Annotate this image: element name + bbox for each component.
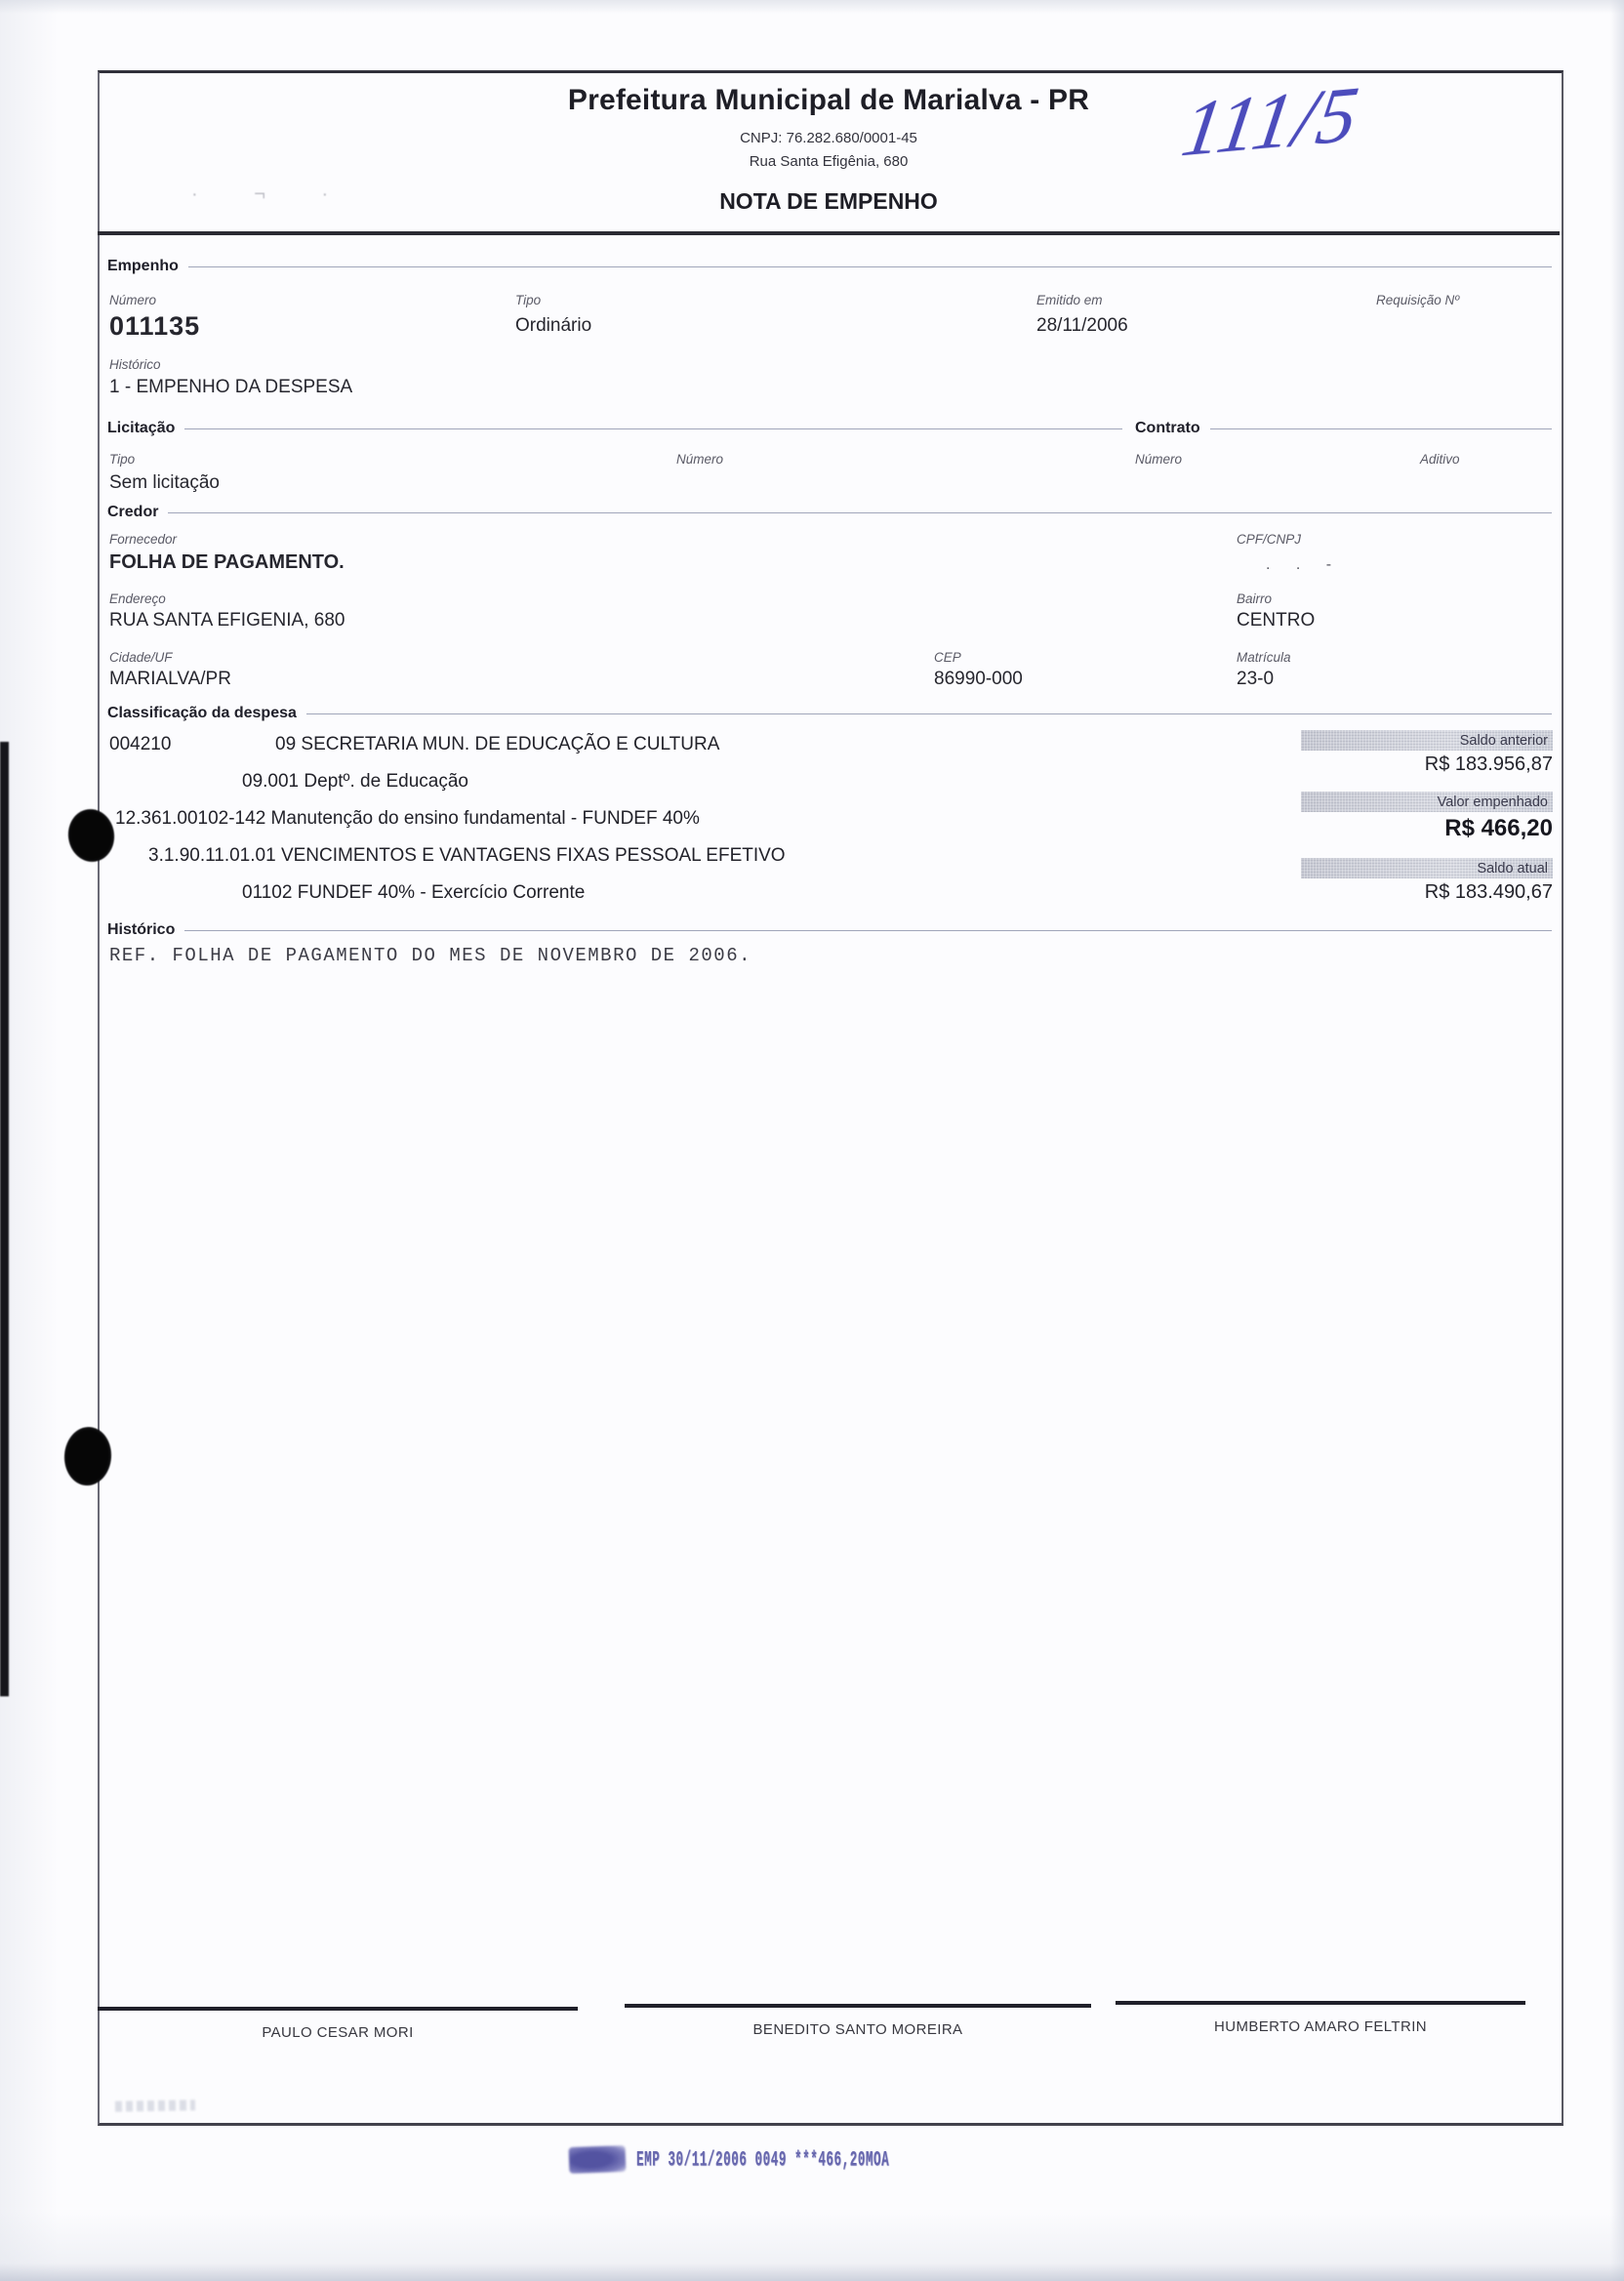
header-divider [98,231,1560,235]
saldo-atual-value: R$ 183.490,67 [1301,881,1553,904]
licitacao-tipo-label: Tipo [109,452,135,467]
classificacao-row: 01102 FUNDEF 40% - Exercício Corrente [242,882,585,904]
credor-cep-label: CEP [934,650,961,665]
section-rule [1210,428,1552,429]
classificacao-row: 09.001 Deptº. de Educação [242,771,468,793]
classificacao-code: 12.361.00102-142 [115,808,265,830]
classificacao-desc: VENCIMENTOS E VANTAGENS FIXAS PESSOAL EF… [281,845,786,866]
signature-name: PAULO CESAR MORI [262,2024,413,2041]
empenho-emitido-value: 28/11/2006 [1036,315,1128,337]
signature-name: HUMBERTO AMARO FELTRIN [1214,2018,1427,2035]
credor-cep-value: 86990-000 [934,669,1023,690]
classificacao-desc: 09 SECRETARIA MUN. DE EDUCAÇÃO E CULTURA [275,734,719,754]
saldo-atual-label: Saldo atual [1477,861,1548,876]
section-classificacao-label: Classificação da despesa [107,705,297,722]
credor-cpf-value: . . - [1266,556,1342,574]
licitacao-numero-label: Número [676,452,723,467]
classificacao-code: 09.001 [242,771,299,793]
saldo-anterior-bar: Saldo anterior [1301,730,1553,751]
valor-empenhado-value: R$ 466,20 [1301,815,1553,842]
section-empenho: Empenho [107,258,1552,275]
saldo-atual-bar: Saldo atual [1301,858,1553,878]
section-historico: Histórico [107,921,1552,939]
empenho-requisicao-label: Requisição Nº [1376,293,1459,307]
credor-matricula-label: Matrícula [1237,650,1291,665]
empenho-tipo-value: Ordinário [515,315,591,337]
credor-cidade-label: Cidade/UF [109,650,173,665]
section-rule [184,428,1122,429]
classificacao-row: 12.361.00102-142 Manutenção do ensino fu… [115,808,700,830]
empenho-historico-value: 1 - EMPENHO DA DESPESA [109,377,352,398]
validator-ink-smudge [569,2145,627,2174]
classificacao-code: 01102 [242,882,292,904]
section-classificacao: Classificação da despesa [107,705,1552,722]
classificacao-desc: Deptº. de Educação [304,771,468,792]
credor-cidade-value: MARIALVA/PR [109,669,231,690]
historico-text: REF. FOLHA DE PAGAMENTO DO MES DE NOVEMB… [109,945,751,966]
credor-bairro-label: Bairro [1237,591,1272,606]
signature-block-2: BENEDITO SANTO MOREIRA [625,2004,1091,2039]
scanned-page: Prefeitura Municipal de Marialva - PR CN… [0,0,1624,2281]
section-credor: Credor [107,504,1552,521]
section-licitacao-label: Licitação [107,420,175,437]
signature-block-3: HUMBERTO AMARO FELTRIN [1116,2001,1525,2036]
section-credor-label: Credor [107,504,158,521]
classificacao-code: 3.1.90.11.01.01 [148,845,276,867]
classificacao-row: 00421009 SECRETARIA MUN. DE EDUCAÇÃO E C… [109,734,719,755]
section-licitacao: Licitação [107,420,1122,437]
classificacao-row: 3.1.90.11.01.01 VENCIMENTOS E VANTAGENS … [148,845,786,867]
empenho-historico-label: Histórico [109,357,161,372]
credor-cpf-label: CPF/CNPJ [1237,532,1301,547]
section-empenho-label: Empenho [107,258,179,275]
faint-stamp-marks: · ¬ · [191,183,377,206]
section-historico-label: Histórico [107,921,175,939]
signature-block-1: PAULO CESAR MORI [98,2007,578,2042]
classificacao-desc: Manutenção do ensino fundamental - FUNDE… [271,808,700,829]
credor-matricula-value: 23-0 [1237,669,1274,690]
scan-edge-strip [0,742,9,1696]
section-rule [168,512,1552,513]
section-contrato-label: Contrato [1135,420,1200,437]
valor-empenhado-label: Valor empenhado [1438,794,1548,810]
section-rule [184,930,1552,931]
credor-endereco-value: RUA SANTA EFIGENIA, 680 [109,610,345,631]
valor-empenhado-bar: Valor empenhado [1301,792,1553,812]
validator-print: EMP 30/11/2006 0049 ***466,20MOA [636,2148,889,2173]
empenho-tipo-label: Tipo [515,293,541,307]
section-rule [188,266,1552,267]
section-contrato: Contrato [1135,420,1552,437]
contrato-aditivo-label: Aditivo [1420,452,1460,467]
empenho-emitido-label: Emitido em [1036,293,1103,307]
classificacao-code: 004210 [109,734,275,755]
saldo-anterior-label: Saldo anterior [1460,733,1548,749]
saldo-anterior-value: R$ 183.956,87 [1301,754,1553,776]
credor-fornecedor-value: FOLHA DE PAGAMENTO. [109,551,345,574]
handwritten-note: 111/5 [1176,69,1365,175]
section-rule [306,713,1552,714]
licitacao-tipo-value: Sem licitação [109,472,220,494]
empenho-numero-label: Número [109,293,156,307]
classificacao-desc: FUNDEF 40% - Exercício Corrente [298,882,586,903]
credor-bairro-value: CENTRO [1237,610,1315,631]
credor-endereco-label: Endereço [109,591,166,606]
signature-name: BENEDITO SANTO MOREIRA [753,2021,963,2038]
contrato-numero-label: Número [1135,452,1182,467]
credor-fornecedor-label: Fornecedor [109,532,177,547]
empenho-numero-value: 011135 [109,311,200,342]
